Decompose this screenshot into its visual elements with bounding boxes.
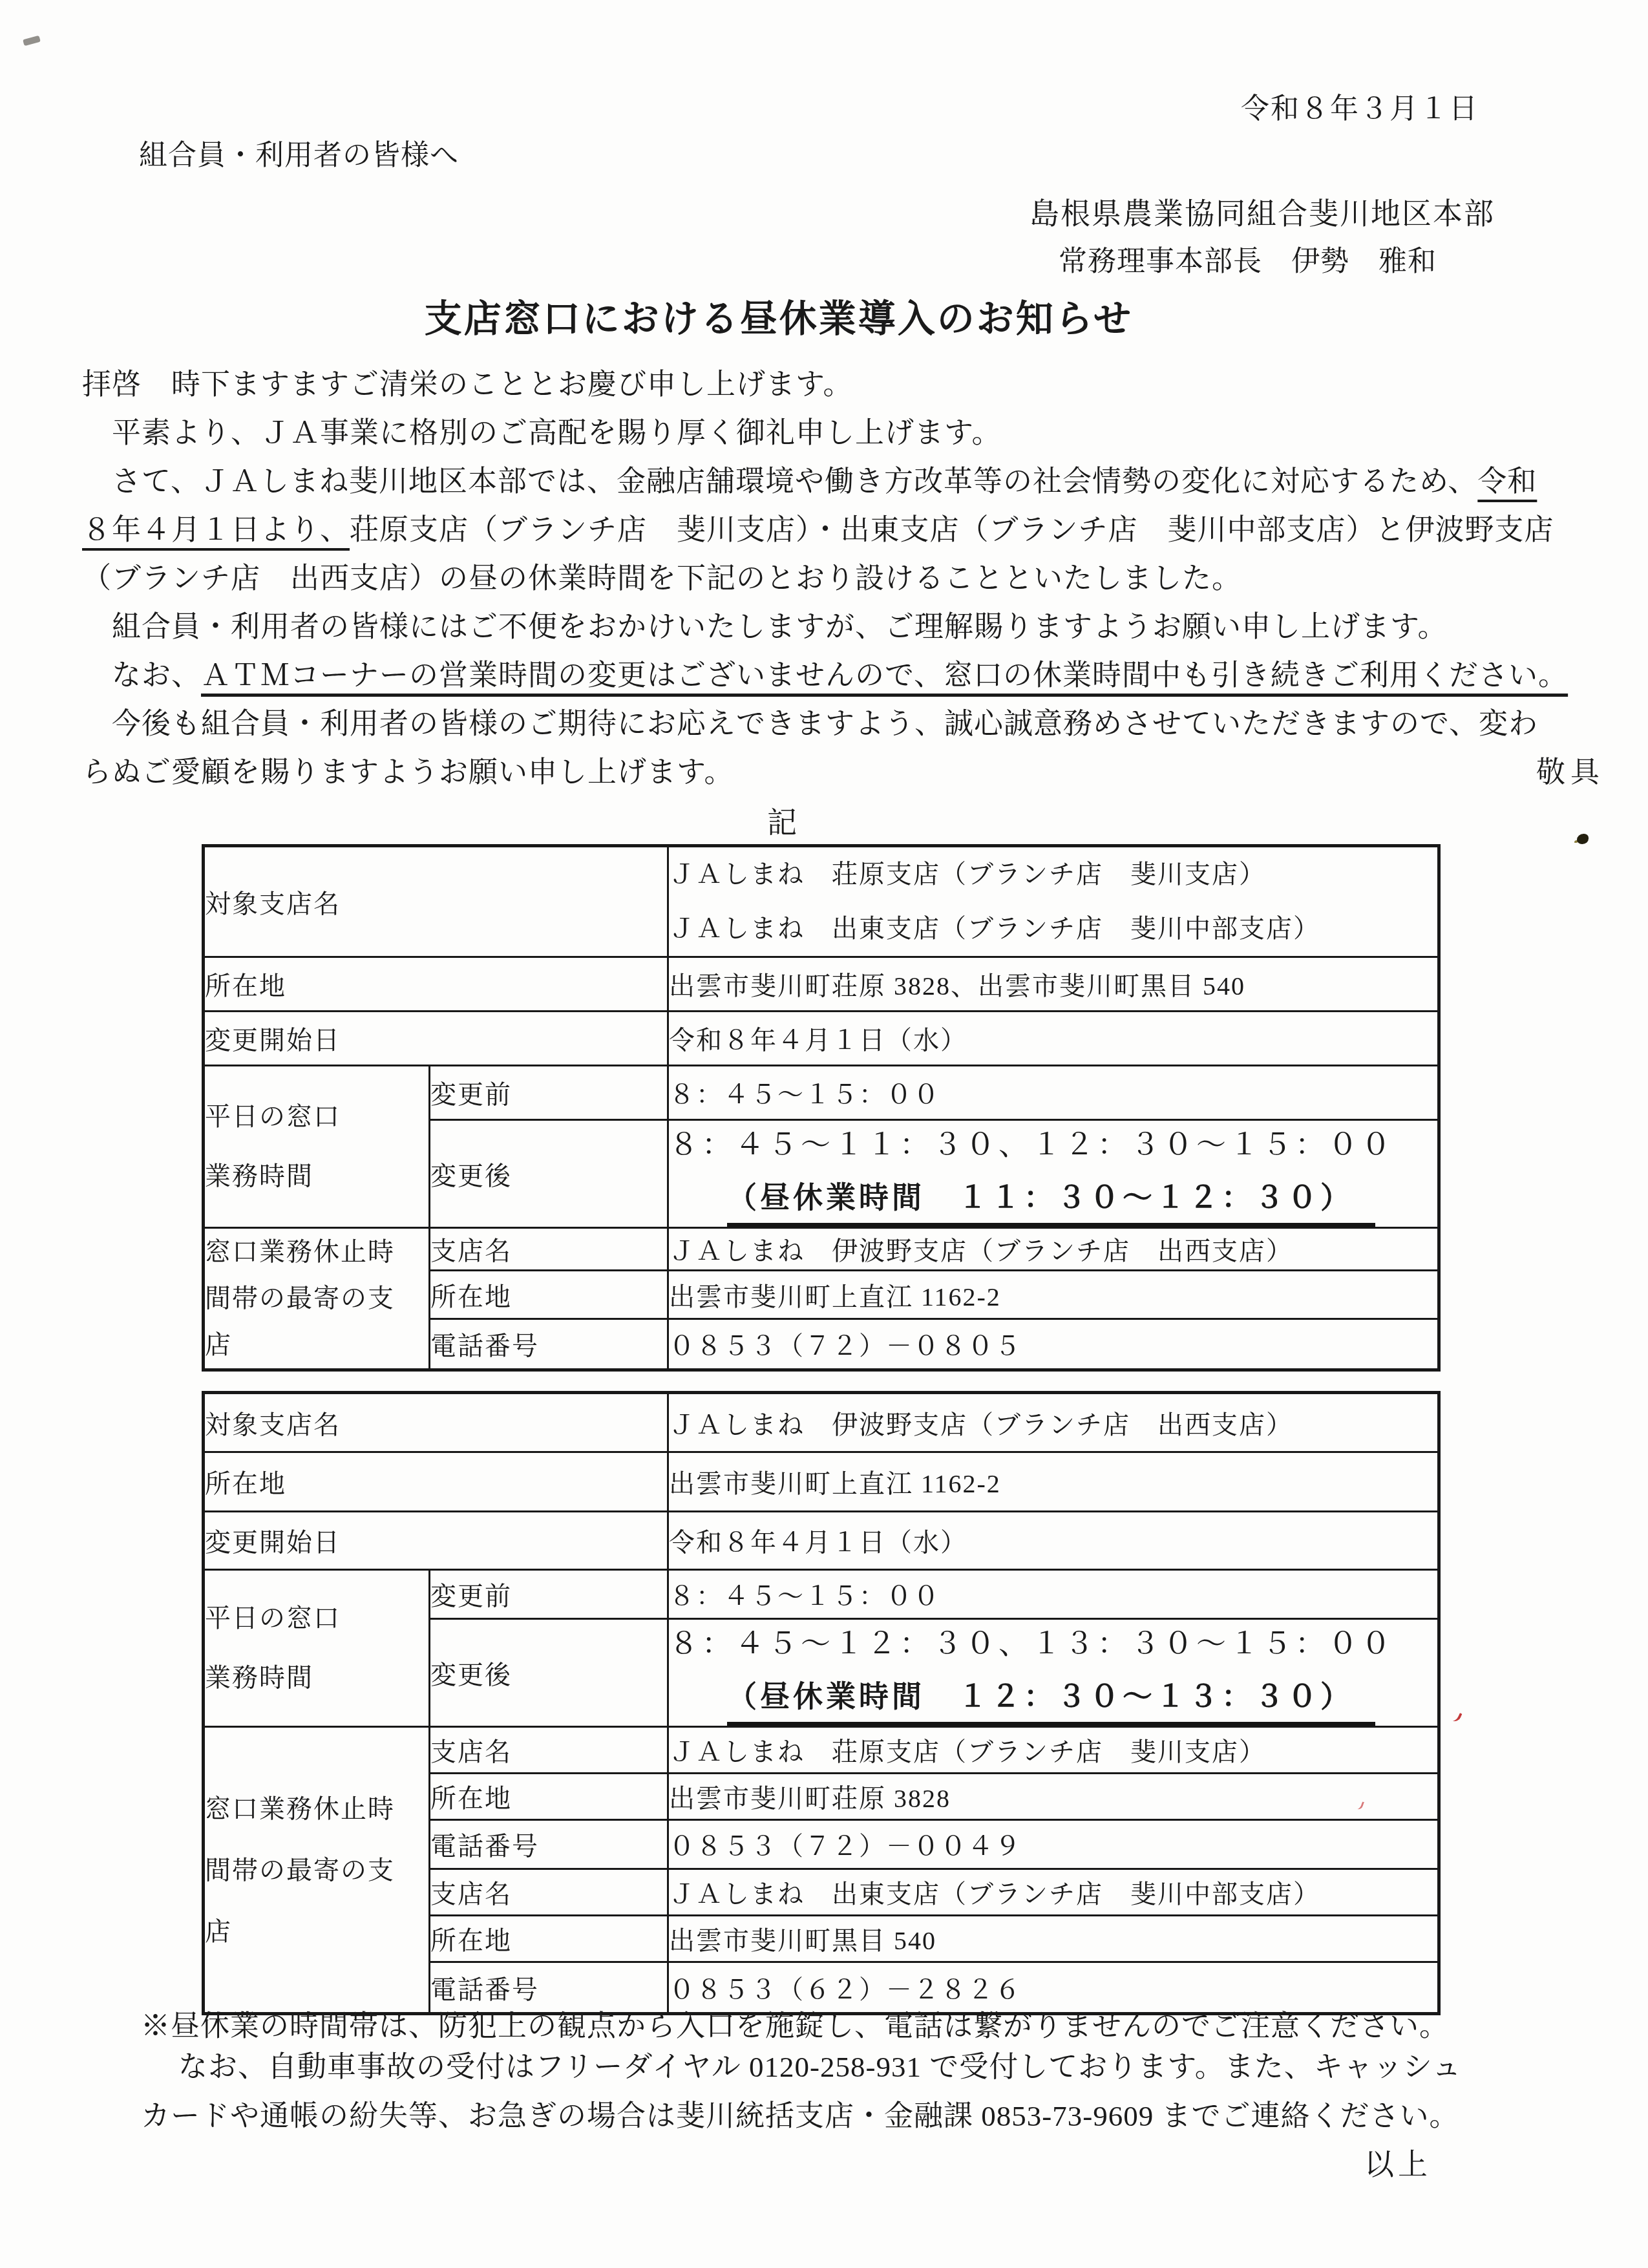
address-label: 所在地 [204,957,668,1012]
paragraph-closing: 今後も組合員・利用者の皆様のご期待にお応えできますよう、誠心誠意務めさせていただ… [82,700,1614,797]
footnote-security: ※昼休業の時間帯は、防犯上の観点から入口を施錠し、電話は繋がりませんのでご注意く… [141,2002,1449,2044]
lunch-closure-note: （昼休業時間 １２：３０～１３：３０） [669,1673,1437,1726]
branch-name-value: ＪＡしまね 荘原支店（ブランチ店 斐川支店） [668,1727,1439,1774]
address-value: 出雲市斐川町荘原 3828、出雲市斐川町黒目 540 [668,957,1439,1012]
branch-address-label: 所在地 [430,1774,668,1820]
lunch-closure-note-text: （昼休業時間 １１：３０～１２：３０） [727,1174,1375,1227]
ki-marker: 記 [82,799,1484,842]
scan-artifact-red-mark [1450,1710,1462,1723]
target-branch-value: ＪＡしまね 荘原支店（ブランチ店 斐川支店） ＪＡしまね 出東支店（ブランチ店 … [668,846,1439,957]
thanks-text: 平素より、ＪＡ事業に格別のご高配を賜り厚く御礼申し上げます。 [112,417,1001,449]
before-hours-value: ８：４５～１５：００ [668,1570,1439,1619]
branch-phone-label: 電話番号 [430,1820,668,1869]
atm-notice-underlined: ＡＴＭコーナーの営業時間の変更はございませんので、窓口の休業時間中も引き続きご利… [201,659,1568,692]
paragraph-thanks: 平素より、ＪＡ事業に格別のご高配を賜り厚く御礼申し上げます。 [82,409,1614,458]
letter-date: 令和８年３月１日 [1241,85,1479,127]
after-hours-value: ８：４５～１１：３０、１２：３０～１５：００ [669,1121,1437,1163]
before-hours-value: ８：４５～１５：００ [668,1066,1439,1120]
branch-phone-value: ０８５３（７２）－００４９ [668,1820,1439,1869]
table-row: 対象支店名 ＪＡしまね 荘原支店（ブランチ店 斐川支店） ＪＡしまね 出東支店（… [204,846,1439,957]
before-label: 変更前 [430,1570,668,1619]
table-iwano: 対象支店名 ＪＡしまね 伊波野支店（ブランチ店 出西支店） 所在地 出雲市斐川町… [202,1391,1441,2015]
after-label: 変更後 [430,1619,668,1727]
branch-address-value: 出雲市斐川町上直江 1162-2 [668,1271,1439,1319]
branch-name-label: 支店名 [430,1727,668,1774]
branch-name-value: ＪＡしまね 出東支店（ブランチ店 斐川中部支店） [668,1869,1439,1916]
branch-address-value: 出雲市斐川町荘原 3828 [668,1774,1439,1820]
address-value: 出雲市斐川町上直江 1162-2 [668,1452,1439,1512]
table-row: 所在地 出雲市斐川町上直江 1162-2 [204,1452,1439,1512]
after-hours-cell: ８：４５～１２：３０、１３：３０～１５：００ （昼休業時間 １２：３０～１３：３… [668,1619,1439,1727]
branch-name-label: 支店名 [430,1869,668,1916]
branch-address-label: 所在地 [430,1271,668,1319]
start-date-label: 変更開始日 [204,1012,668,1066]
branch-name-value: ＪＡしまね 伊波野支店（ブランチ店 出西支店） [668,1228,1439,1271]
document-title: 支店窓口における昼休業導入のお知らせ [0,288,1558,343]
weekday-hours-label: 平日の窓口 業務時間 [204,1570,430,1727]
closing-text: 今後も組合員・利用者の皆様のご期待にお応えできますよう、誠心誠意務めさせていただ… [82,708,1538,789]
apology-text: 組合員・利用者の皆様にはご不便をおかけいたしますが、ご理解賜りますようお願い申し… [112,611,1447,643]
nearest-branch-section-label: 窓口業務休止時 間帯の最寄の支 店 [204,1727,430,2014]
paragraph-announcement: さて、ＪＡしまね斐川地区本部では、金融店舗環境や働き方改革等の社会情勢の変化に対… [82,458,1614,603]
branch-phone-label: 電話番号 [430,1319,668,1370]
after-label: 変更後 [430,1120,668,1228]
table-row: 対象支店名 ＪＡしまね 伊波野支店（ブランチ店 出西支店） [204,1393,1439,1452]
after-hours-cell: ８：４５～１１：３０、１２：３０～１５：００ （昼休業時間 １１：３０～１２：３… [668,1120,1439,1228]
start-date-value: 令和８年４月１日（水） [668,1012,1439,1066]
paragraph-atm-notice: なお、ＡＴＭコーナーの営業時間の変更はございませんので、窓口の休業時間中も引き続… [82,652,1614,700]
atm-notice-lead: なお、 [112,659,201,692]
before-label: 変更前 [430,1066,668,1120]
table-row: 窓口業務休止時 間帯の最寄の支 店 支店名 ＪＡしまね 伊波野支店（ブランチ店 … [204,1228,1439,1271]
nearest-branch-section-label: 窓口業務休止時 間帯の最寄の支 店 [204,1228,430,1370]
start-date-label: 変更開始日 [204,1512,668,1570]
lunch-closure-note-text: （昼休業時間 １２：３０～１３：３０） [727,1673,1375,1726]
table-row: 所在地 出雲市斐川町荘原 3828、出雲市斐川町黒目 540 [204,957,1439,1012]
sender-organization: 島根県農業協同組合斐川地区本部 [1030,190,1495,233]
announcement-lead: さて、ＪＡしまね斐川地区本部では、金融店舗環境や働き方改革等の社会情勢の変化に対… [112,465,1477,498]
paragraph-apology: 組合員・利用者の皆様にはご不便をおかけいたしますが、ご理解賜りますようお願い申し… [82,603,1614,652]
footnote-contacts: なお、自動車事故の受付はフリーダイヤル 0120-258-931 で受付しており… [141,2042,1595,2141]
address-label: 所在地 [204,1452,668,1512]
table-row: 平日の窓口 業務時間 変更前 ８：４５～１５：００ [204,1570,1439,1619]
table-row: 窓口業務休止時 間帯の最寄の支 店 支店名 ＪＡしまね 荘原支店（ブランチ店 斐… [204,1727,1439,1774]
paragraph-greeting: 拝啓 時下ますますご清栄のこととお慶び申し上げます。 [82,361,1614,409]
weekday-hours-label: 平日の窓口 業務時間 [204,1066,430,1228]
target-branch-label: 対象支店名 [204,846,668,957]
sender-person: 常務理事本部長 伊勢 雅和 [1059,238,1437,279]
keigu-sign-off: 敬具 [1506,748,1605,797]
start-date-value: 令和８年４月１日（水） [668,1512,1439,1570]
branch-phone-value: ０８５３（７２）－０８０５ [668,1319,1439,1370]
scan-artifact-speck [1577,834,1589,844]
letter-body: 拝啓 時下ますますご清栄のこととお慶び申し上げます。 平素より、ＪＡ事業に格別の… [82,361,1614,797]
branch-name-label: 支店名 [430,1228,668,1271]
target-branch-value: ＪＡしまね 伊波野支店（ブランチ店 出西支店） [668,1393,1439,1452]
after-hours-value: ８：４５～１２：３０、１３：３０～１５：００ [669,1620,1437,1662]
table-shobara-shutto: 対象支店名 ＪＡしまね 荘原支店（ブランチ店 斐川支店） ＪＡしまね 出東支店（… [202,844,1441,1372]
table-row: 平日の窓口 業務時間 変更前 ８：４５～１５：００ [204,1066,1439,1120]
ijou-closing: 以上 [1364,2141,1431,2183]
branch-address-label: 所在地 [430,1916,668,1962]
table-row: 変更開始日 令和８年４月１日（水） [204,1512,1439,1570]
scan-artifact-corner-smudge [23,36,41,46]
target-branch-label: 対象支店名 [204,1393,668,1452]
scanned-letter-page: 令和８年３月１日 組合員・利用者の皆様へ 島根県農業協同組合斐川地区本部 常務理… [0,0,1648,2268]
table-row: 変更開始日 令和８年４月１日（水） [204,1012,1439,1066]
branch-address-value: 出雲市斐川町黒目 540 [668,1916,1439,1962]
greeting-text: 拝啓 時下ますますご清栄のこととお慶び申し上げます。 [82,368,852,401]
lunch-closure-note: （昼休業時間 １１：３０～１２：３０） [669,1174,1437,1227]
recipient-line: 組合員・利用者の皆様へ [139,132,459,173]
